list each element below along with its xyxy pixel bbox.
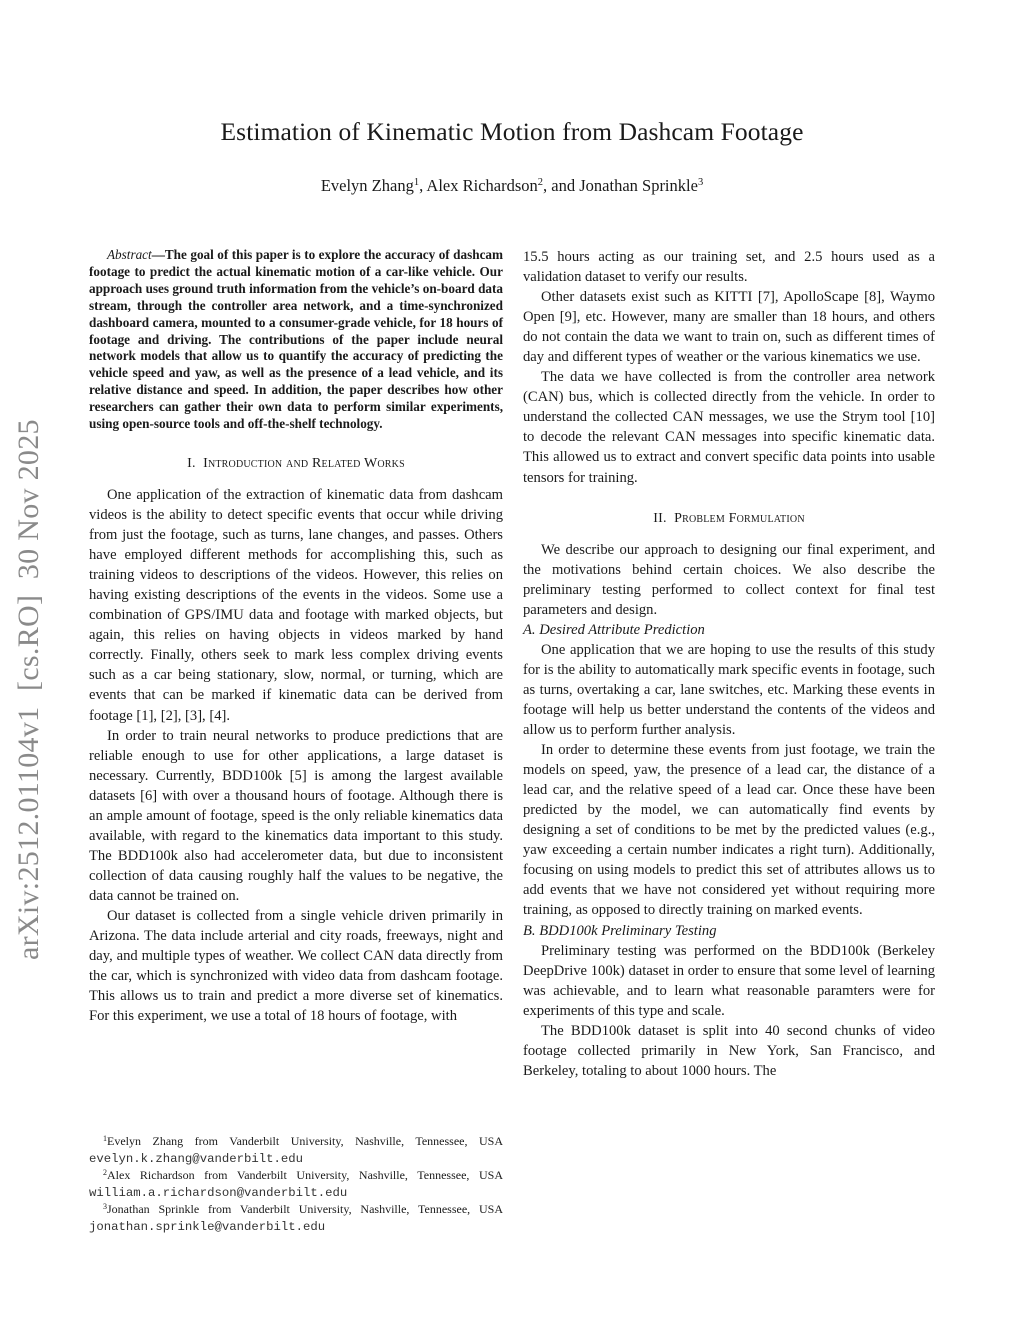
paper-title: Estimation of Kinematic Motion from Dash…: [0, 117, 1024, 147]
author-affiliation-mark: 3: [698, 177, 703, 188]
footnote-email: william.a.richardson@vanderbilt.edu: [89, 1186, 347, 1200]
abstract: Abstract—The goal of this paper is to ex…: [89, 247, 503, 433]
paragraph-continued: 15.5 hours acting as our training set, a…: [523, 247, 935, 287]
paragraph: Preliminary testing was performed on the…: [523, 941, 935, 1021]
author-name: Jonathan Sprinkle: [579, 176, 698, 195]
author-name: Evelyn Zhang: [321, 176, 414, 195]
footnote-text: Alex Richardson from Vanderbilt Universi…: [107, 1168, 503, 1182]
paragraph: One application of the extraction of kin…: [89, 485, 503, 726]
left-column: Abstract—The goal of this paper is to ex…: [89, 247, 503, 1026]
paragraph: Other datasets exist such as KITTI [7], …: [523, 287, 935, 367]
abstract-label: Abstract: [107, 247, 152, 262]
abstract-dash: —: [152, 247, 165, 262]
footnote: 2Alex Richardson from Vanderbilt Univers…: [89, 1167, 503, 1201]
paragraph: One application that we are hoping to us…: [523, 640, 935, 740]
footnote-text: Evelyn Zhang from Vanderbilt University,…: [107, 1134, 503, 1148]
section-heading-problem-formulation: II. Problem Formulation: [523, 509, 935, 529]
footnote-email: jonathan.sprinkle@vanderbilt.edu: [89, 1220, 325, 1234]
right-column: 15.5 hours acting as our training set, a…: [523, 247, 935, 1081]
author-separator: , and: [543, 176, 579, 195]
paragraph: In order to train neural networks to pro…: [89, 726, 503, 906]
section-heading-introduction: I. Introduction and Related Works: [89, 454, 503, 474]
footnote-text: Jonathan Sprinkle from Vanderbilt Univer…: [107, 1202, 503, 1216]
paragraph: Our dataset is collected from a single v…: [89, 906, 503, 1026]
arxiv-stamp: arXiv:2512.01104v1 [cs.RO] 30 Nov 2025: [12, 360, 46, 960]
paragraph: The data we have collected is from the c…: [523, 367, 935, 487]
section-number: II.: [653, 511, 666, 526]
footnote: 3Jonathan Sprinkle from Vanderbilt Unive…: [89, 1201, 503, 1235]
section-title: Problem Formulation: [674, 511, 805, 526]
subsection-heading-desired-attribute: A. Desired Attribute Prediction: [523, 620, 935, 640]
author-name: Alex Richardson: [426, 176, 537, 195]
footnote-email: evelyn.k.zhang@vanderbilt.edu: [89, 1152, 303, 1166]
footnotes: 1Evelyn Zhang from Vanderbilt University…: [89, 1133, 503, 1236]
paragraph: The BDD100k dataset is split into 40 sec…: [523, 1021, 935, 1081]
abstract-text: The goal of this paper is to explore the…: [89, 247, 503, 431]
section-title: Introduction and Related Works: [203, 456, 405, 471]
section-number: I.: [187, 456, 196, 471]
paragraph: In order to determine these events from …: [523, 740, 935, 920]
paragraph: We describe our approach to designing ou…: [523, 540, 935, 620]
subsection-heading-bdd100k-testing: B. BDD100k Preliminary Testing: [523, 921, 935, 941]
footnote: 1Evelyn Zhang from Vanderbilt University…: [89, 1133, 503, 1167]
author-list: Evelyn Zhang1, Alex Richardson2, and Jon…: [0, 176, 1024, 196]
